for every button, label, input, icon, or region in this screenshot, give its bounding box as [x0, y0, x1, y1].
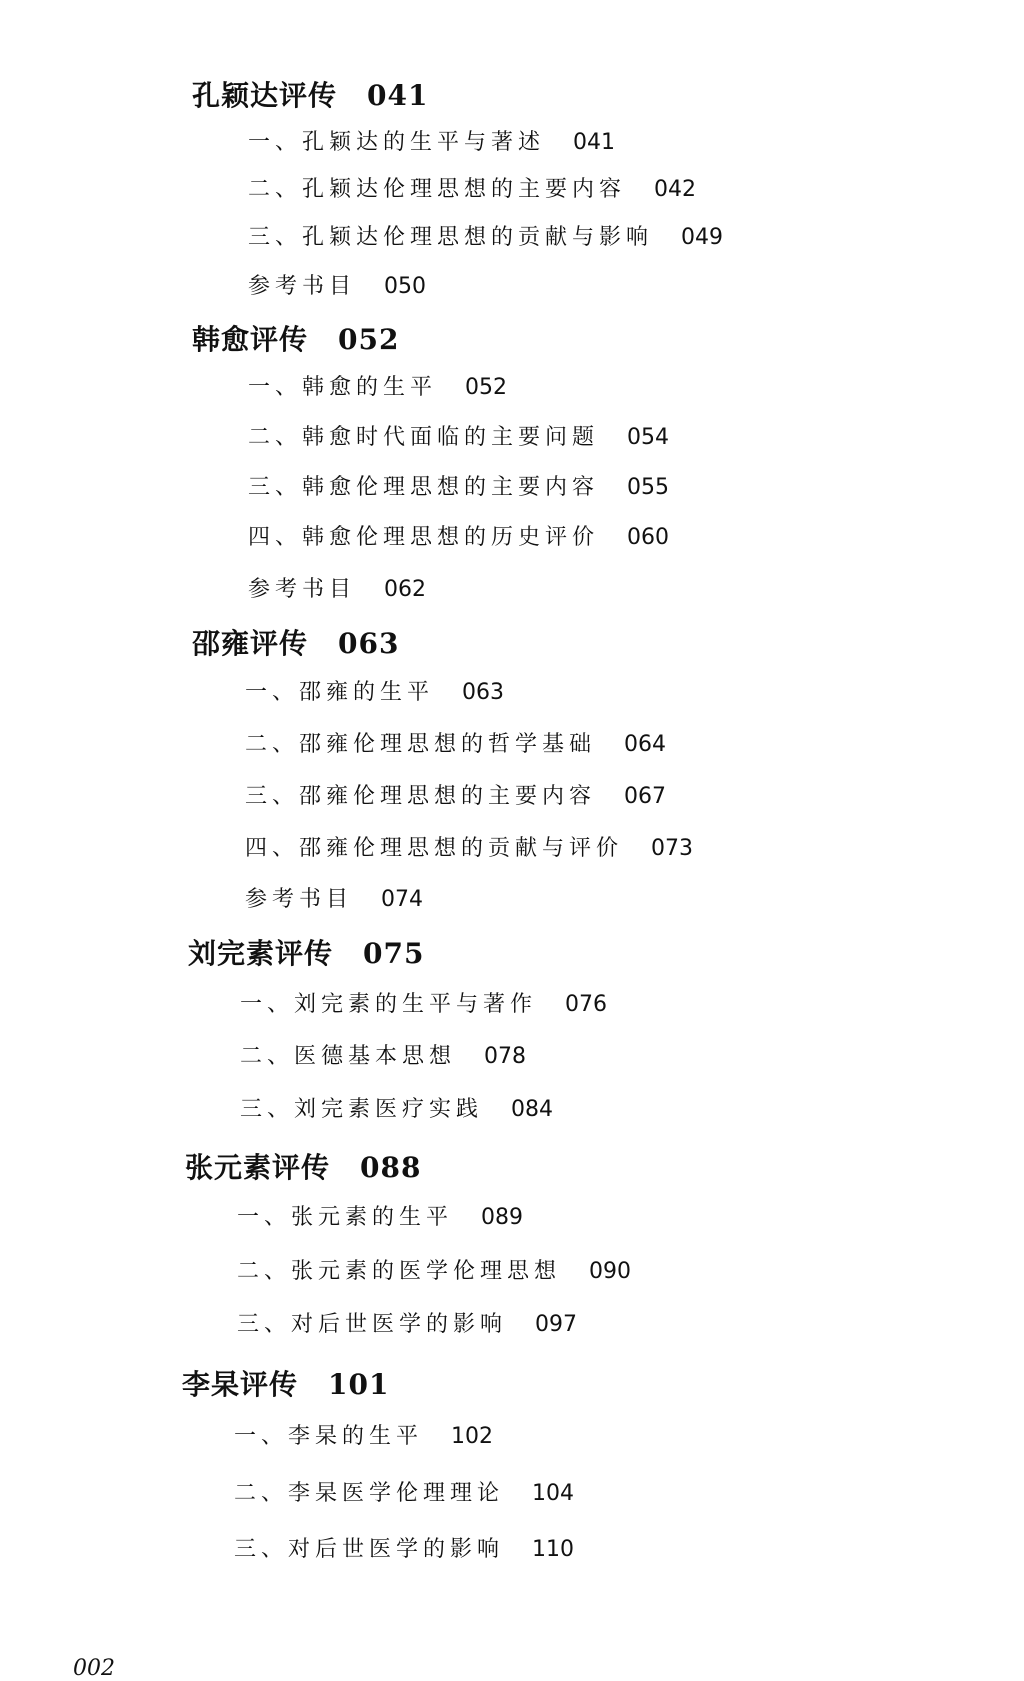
section-page: 110	[532, 1537, 574, 1562]
toc-chapter: 孔颖达评传041	[192, 74, 428, 114]
toc-section: 一、刘完素的生平与著作076	[240, 987, 607, 1018]
section-page: 074	[381, 887, 423, 912]
toc-section: 三、韩愈伦理思想的主要内容055	[248, 470, 669, 501]
toc-chapter: 刘完素评传075	[188, 932, 424, 972]
section-page: 042	[654, 177, 696, 202]
section-title: 参考书目	[245, 887, 353, 912]
section-page: 076	[565, 992, 607, 1017]
section-page: 055	[627, 475, 669, 500]
section-page: 097	[535, 1312, 577, 1337]
section-title: 二、孔颖达伦理思想的主要内容	[248, 177, 626, 202]
section-title: 三、刘完素医疗实践	[240, 1097, 483, 1122]
section-page: 084	[511, 1097, 553, 1122]
toc-section: 一、孔颖达的生平与著述041	[248, 125, 615, 156]
toc-section: 二、韩愈时代面临的主要问题054	[248, 420, 669, 451]
toc-section: 三、邵雍伦理思想的主要内容067	[245, 779, 666, 810]
section-page: 064	[624, 732, 666, 757]
section-title: 一、李杲的生平	[234, 1424, 423, 1449]
section-page: 049	[681, 225, 723, 250]
toc-section: 一、邵雍的生平063	[245, 675, 504, 706]
page-number: 002	[73, 1656, 115, 1681]
section-title: 一、孔颖达的生平与著述	[248, 130, 545, 155]
section-page: 089	[481, 1205, 523, 1230]
section-page: 062	[384, 577, 426, 602]
toc-section: 四、韩愈伦理思想的历史评价060	[248, 520, 669, 551]
toc-section: 三、对后世医学的影响110	[234, 1532, 574, 1563]
chapter-page: 041	[367, 79, 428, 112]
section-title: 三、韩愈伦理思想的主要内容	[248, 475, 599, 500]
section-title: 一、韩愈的生平	[248, 375, 437, 400]
section-title: 二、韩愈时代面临的主要问题	[248, 425, 599, 450]
chapter-title: 李杲评传	[182, 1368, 298, 1401]
section-title: 三、邵雍伦理思想的主要内容	[245, 784, 596, 809]
section-title: 三、对后世医学的影响	[234, 1537, 504, 1562]
section-title: 参考书目	[248, 577, 356, 602]
section-page: 078	[484, 1044, 526, 1069]
section-title: 二、医德基本思想	[240, 1044, 456, 1069]
section-title: 二、李杲医学伦理理论	[234, 1481, 504, 1506]
toc-section: 二、张元素的医学伦理思想090	[237, 1254, 631, 1285]
section-title: 二、邵雍伦理思想的哲学基础	[245, 732, 596, 757]
section-page: 073	[651, 836, 693, 861]
chapter-page: 101	[328, 1368, 389, 1401]
toc-section: 一、李杲的生平102	[234, 1419, 493, 1450]
section-page: 090	[589, 1259, 631, 1284]
section-title: 三、孔颖达伦理思想的贡献与影响	[248, 225, 653, 250]
toc-section: 四、邵雍伦理思想的贡献与评价073	[245, 831, 693, 862]
toc-section: 二、邵雍伦理思想的哲学基础064	[245, 727, 666, 758]
section-title: 参考书目	[248, 274, 356, 299]
toc-section: 三、孔颖达伦理思想的贡献与影响049	[248, 220, 723, 251]
chapter-page: 088	[360, 1151, 421, 1184]
chapter-title: 张元素评传	[185, 1151, 330, 1184]
toc-section: 参考书目050	[248, 269, 426, 300]
chapter-page: 052	[338, 323, 399, 356]
toc-section: 参考书目062	[248, 572, 426, 603]
toc-section: 一、张元素的生平089	[237, 1200, 523, 1231]
section-title: 一、张元素的生平	[237, 1205, 453, 1230]
section-page: 104	[532, 1481, 574, 1506]
section-page: 102	[451, 1424, 493, 1449]
section-title: 三、对后世医学的影响	[237, 1312, 507, 1337]
section-page: 054	[627, 425, 669, 450]
chapter-title: 孔颖达评传	[192, 79, 337, 112]
chapter-page: 063	[338, 627, 399, 660]
section-page: 041	[573, 130, 615, 155]
chapter-page: 075	[363, 937, 424, 970]
toc-chapter: 邵雍评传063	[192, 622, 399, 662]
section-page: 052	[465, 375, 507, 400]
chapter-title: 邵雍评传	[192, 627, 308, 660]
section-title: 一、刘完素的生平与著作	[240, 992, 537, 1017]
toc-section: 二、孔颖达伦理思想的主要内容042	[248, 172, 696, 203]
toc-chapter: 张元素评传088	[185, 1146, 421, 1186]
chapter-title: 韩愈评传	[192, 323, 308, 356]
toc-section: 二、李杲医学伦理理论104	[234, 1476, 574, 1507]
section-title: 二、张元素的医学伦理思想	[237, 1259, 561, 1284]
toc-section: 三、刘完素医疗实践084	[240, 1092, 553, 1123]
section-page: 050	[384, 274, 426, 299]
section-page: 067	[624, 784, 666, 809]
section-page: 063	[462, 680, 504, 705]
toc-chapter: 韩愈评传052	[192, 318, 399, 358]
section-title: 一、邵雍的生平	[245, 680, 434, 705]
toc-section: 二、医德基本思想078	[240, 1039, 526, 1070]
toc-section: 一、韩愈的生平052	[248, 370, 507, 401]
section-title: 四、韩愈伦理思想的历史评价	[248, 525, 599, 550]
toc-chapter: 李杲评传101	[182, 1363, 389, 1403]
toc-section: 参考书目074	[245, 882, 423, 913]
section-page: 060	[627, 525, 669, 550]
toc-section: 三、对后世医学的影响097	[237, 1307, 577, 1338]
section-title: 四、邵雍伦理思想的贡献与评价	[245, 836, 623, 861]
chapter-title: 刘完素评传	[188, 937, 333, 970]
